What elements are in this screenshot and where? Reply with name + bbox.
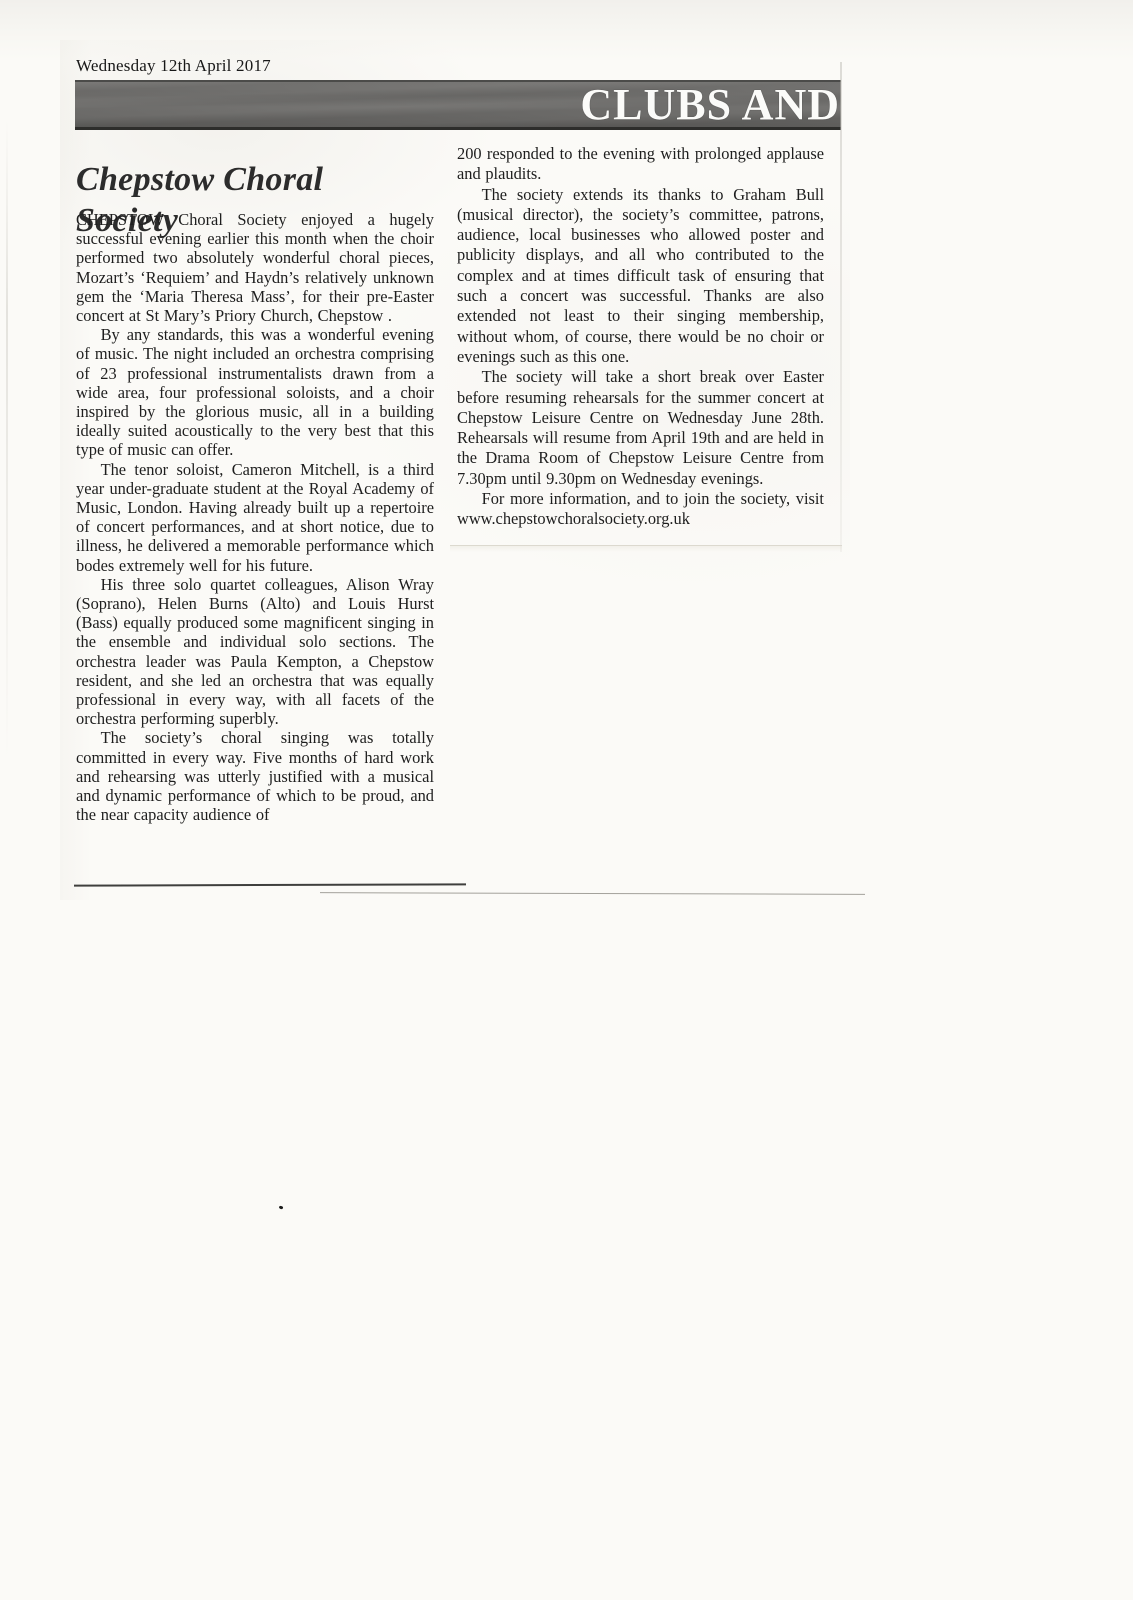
article-paragraph: CHEPSTOW Choral Society enjoyed a hugely… [76, 210, 434, 325]
date-line: Wednesday 12th April 2017 [76, 56, 271, 76]
article-paragraph: The society will take a short break over… [457, 367, 824, 489]
section-banner-title: CLUBS AND [580, 83, 841, 127]
section-banner: CLUBS AND [75, 80, 841, 130]
article-paragraph: The society’s choral singing was totally… [76, 728, 434, 824]
article-paragraph: The tenor soloist, Cameron Mitchell, is … [76, 460, 434, 575]
left-column: CHEPSTOW Choral Society enjoyed a hugely… [76, 210, 434, 825]
scan-crease-artifact [6, 120, 8, 760]
scanned-newspaper-page: Wednesday 12th April 2017 CLUBS AND Chep… [0, 0, 1133, 1600]
article-paragraph: The society extends its thanks to Graham… [457, 185, 824, 368]
article-paragraph: His three solo quartet colleagues, Aliso… [76, 575, 434, 729]
clipping-cut-edge-right-column [450, 545, 842, 552]
article-paragraph: By any standards, this was a wonderful e… [76, 325, 434, 459]
article-paragraph website-line: For more information, and to join the so… [457, 489, 824, 530]
ink-speck-artifact [279, 1205, 284, 1209]
article-paragraph: 200 responded to the evening with prolon… [457, 144, 824, 185]
right-column: 200 responded to the evening with prolon… [457, 144, 824, 530]
clipping-right-edge-shadow [840, 62, 842, 552]
